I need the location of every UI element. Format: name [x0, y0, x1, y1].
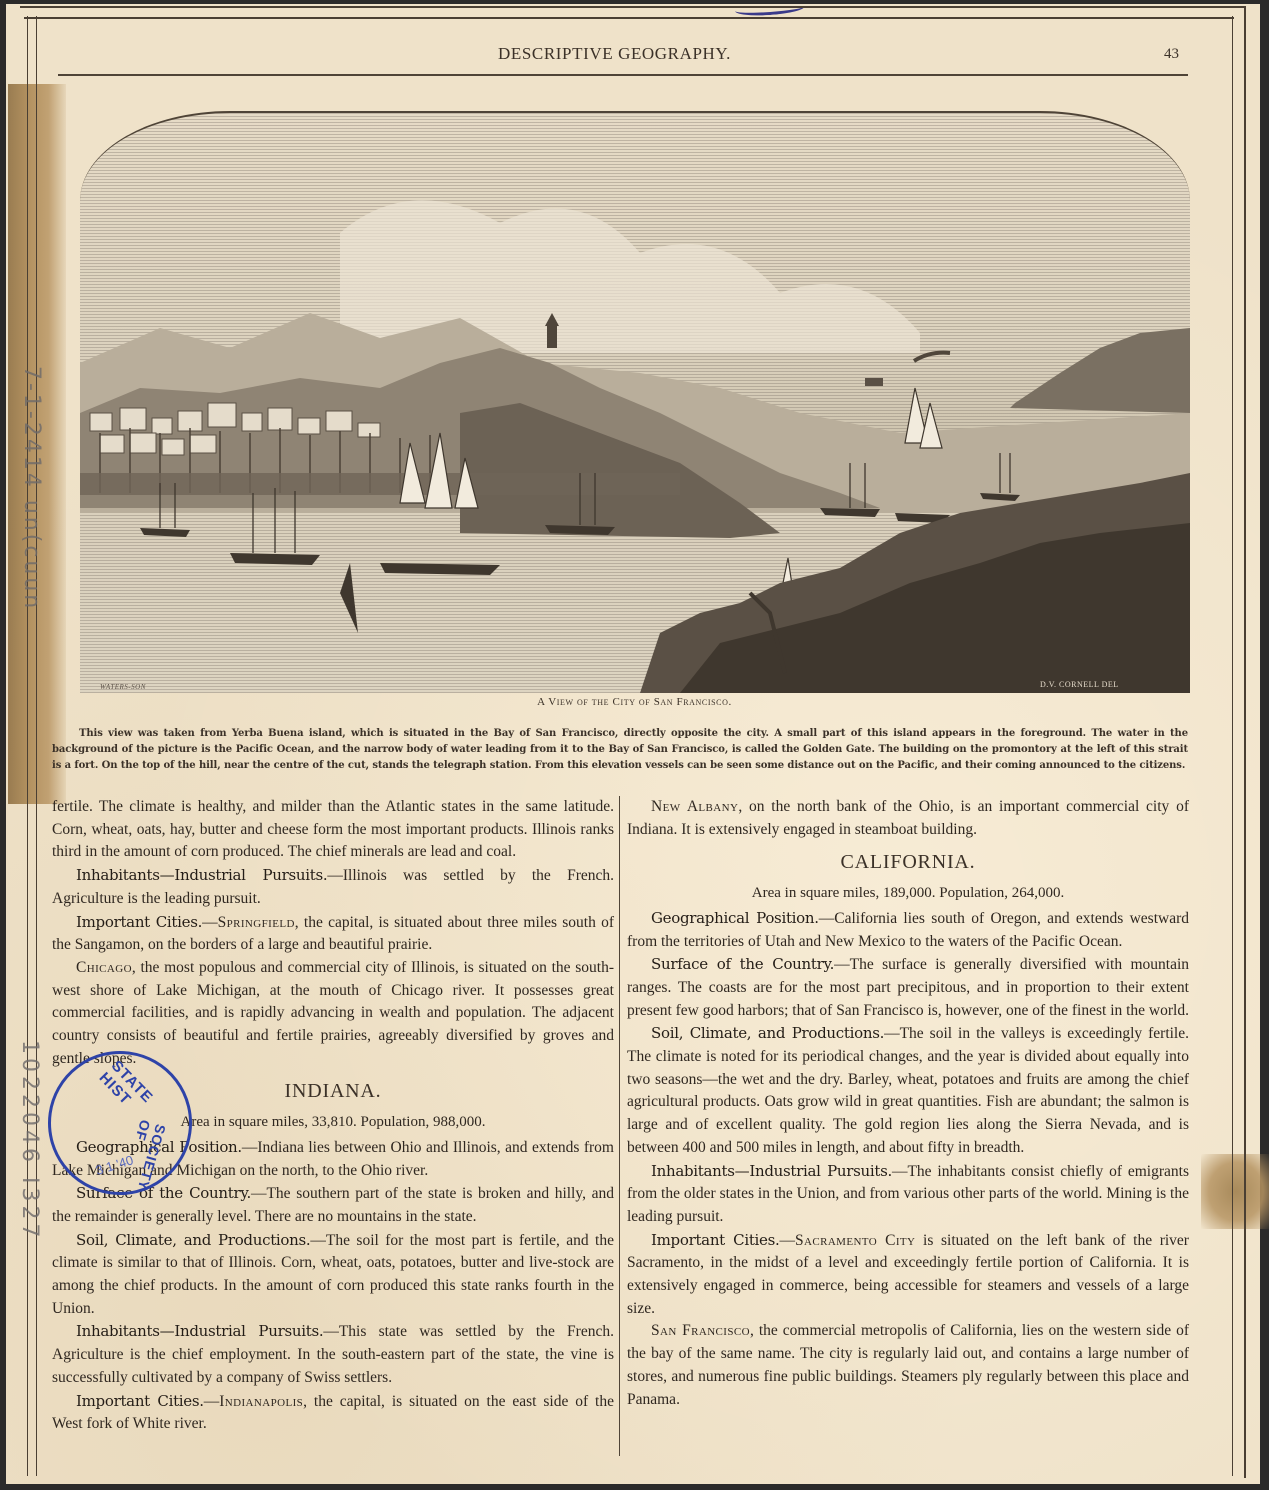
illinois-continued-paragraph: fertile. The climate is healthy, and mil…: [52, 796, 614, 864]
running-header: DESCRIPTIVE GEOGRAPHY. 43: [0, 38, 1269, 68]
frame-top-rule: [24, 17, 1234, 19]
section-heading: Surface of the Country.: [651, 955, 834, 973]
illinois-cities-paragraph: Important Cities.—Springfield, the capit…: [52, 911, 614, 957]
indiana-inhabitants-paragraph: Inhabitants—Industrial Pursuits.—This st…: [52, 1320, 614, 1389]
california-geo-paragraph: Geographical Position.—California lies s…: [627, 907, 1189, 953]
right-column: New Albany, on the north bank of the Ohi…: [627, 796, 1189, 1411]
section-title-california: CALIFORNIA.: [627, 851, 1189, 874]
city-name: Springfield: [218, 914, 295, 931]
frame-left-rule: [27, 16, 28, 1476]
illinois-inhabitants-paragraph: Inhabitants—Industrial Pursuits.—Illinoi…: [52, 864, 614, 910]
page-number: 43: [1164, 46, 1179, 63]
city-name: San Francisco: [651, 1322, 750, 1339]
city-name: Indianapolis: [219, 1393, 303, 1410]
handwritten-note-top: 7-1-2414 un(cuun: [19, 366, 44, 611]
illustration-caption: This view was taken from Yerba Buena isl…: [52, 726, 1188, 774]
city-name: Chicago: [76, 959, 132, 976]
frame-right-rule: [1232, 16, 1233, 1476]
california-cities-paragraph: Important Cities.—Sacramento City is sit…: [627, 1229, 1189, 1321]
section-heading: Important Cities.: [651, 1231, 779, 1249]
section-heading: Inhabitants—Industrial Pursuits.: [76, 866, 327, 884]
engraving-san-francisco: [80, 111, 1190, 693]
california-san-francisco-paragraph: San Francisco, the commercial metropolis…: [627, 1320, 1189, 1411]
indiana-soil-paragraph: Soil, Climate, and Productions.—The soil…: [52, 1229, 614, 1321]
indiana-cities-paragraph: Important Cities.—Indianapolis, the capi…: [52, 1390, 614, 1436]
column-divider: [619, 796, 620, 1456]
indiana-new-albany-paragraph: New Albany, on the north bank of the Ohi…: [627, 796, 1189, 841]
city-name: New Albany: [651, 798, 738, 815]
section-heading: Soil, Climate, and Productions.: [651, 1024, 884, 1042]
header-rule: [58, 74, 1188, 76]
illustration-title: A View of the City of San Francisco.: [0, 696, 1269, 708]
section-heading: Inhabitants—Industrial Pursuits.: [651, 1162, 892, 1180]
section-heading: Important Cities.: [76, 913, 202, 931]
section-heading: Inhabitants—Industrial Pursuits.: [76, 1322, 323, 1340]
frame-left-rule-inner: [36, 16, 37, 1476]
city-name: Sacramento City: [795, 1232, 915, 1249]
handwritten-note-bottom: 1022046 I327: [17, 1040, 42, 1241]
engraver-signature-right: D.V. CORNELL DEL: [1040, 680, 1119, 689]
california-surface-paragraph: Surface of the Country.—The surface is g…: [627, 953, 1189, 1022]
header-title: DESCRIPTIVE GEOGRAPHY.: [498, 44, 731, 64]
section-heading: Geographical Position.: [651, 909, 819, 927]
engraver-signature-left: WATERS-SON: [100, 683, 146, 691]
california-stats: Area in square miles, 189,000. Populatio…: [627, 882, 1189, 905]
california-inhabitants-paragraph: Inhabitants—Industrial Pursuits.—The inh…: [627, 1160, 1189, 1229]
section-heading: Important Cities.: [76, 1392, 204, 1410]
engraving-scene: [80, 113, 1190, 693]
california-soil-paragraph: Soil, Climate, and Productions.—The soil…: [627, 1022, 1189, 1159]
section-heading: Soil, Climate, and Productions.: [76, 1231, 310, 1249]
